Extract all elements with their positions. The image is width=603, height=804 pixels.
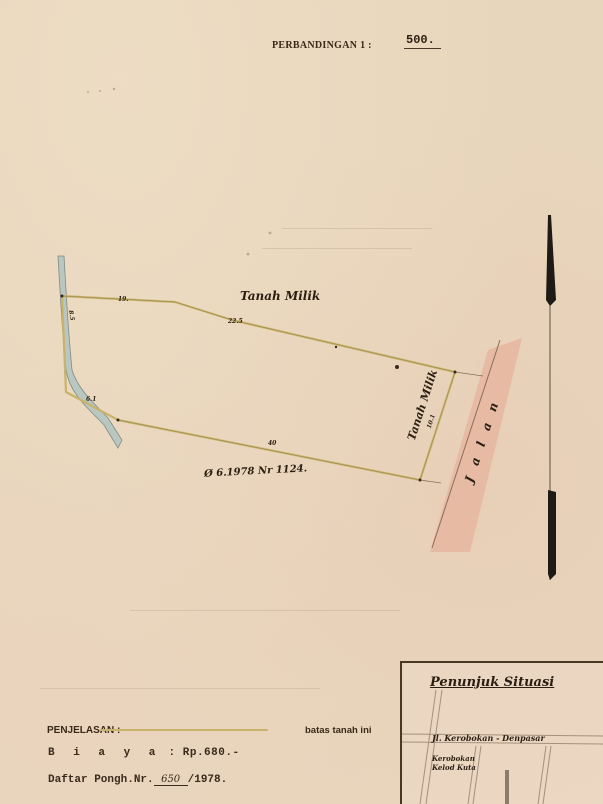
fee-separator: :: [169, 747, 176, 759]
inset-title: Penunjuk Situasi: [430, 675, 554, 690]
stream: [58, 256, 122, 448]
registration-prefix: Daftar Pongh.Nr.: [48, 774, 154, 786]
measure-west-2: 6.1: [86, 396, 96, 403]
fee-line: B i a y a : Rp.680.-: [48, 747, 240, 759]
faint-marks: [40, 88, 432, 689]
north-arrow-icon: [546, 215, 556, 580]
registration-line: Daftar Pongh.Nr.650/1978.: [48, 774, 227, 786]
registration-number: 650: [154, 774, 188, 786]
fee-label: B i a y a: [48, 747, 161, 759]
inset-road-label: Jl. Kerobokan - Denpasar: [432, 733, 545, 743]
measure-north-1: 19.: [118, 296, 128, 303]
measure-south: 40: [268, 440, 276, 447]
inset-location-label: Kerobokan Kelod Kuta: [432, 754, 478, 772]
fee-value: Rp.680.-: [183, 747, 240, 759]
legend-description: batas tanah ini: [305, 725, 372, 736]
north-neighbor-label: Tanah Milik: [240, 289, 320, 303]
parcel-boundary: [62, 296, 455, 480]
legend-boundary-line: [100, 729, 268, 731]
registration-suffix: /1978.: [188, 774, 228, 786]
measure-north-2: 22.5: [228, 318, 243, 325]
corner-markers: [61, 295, 457, 482]
